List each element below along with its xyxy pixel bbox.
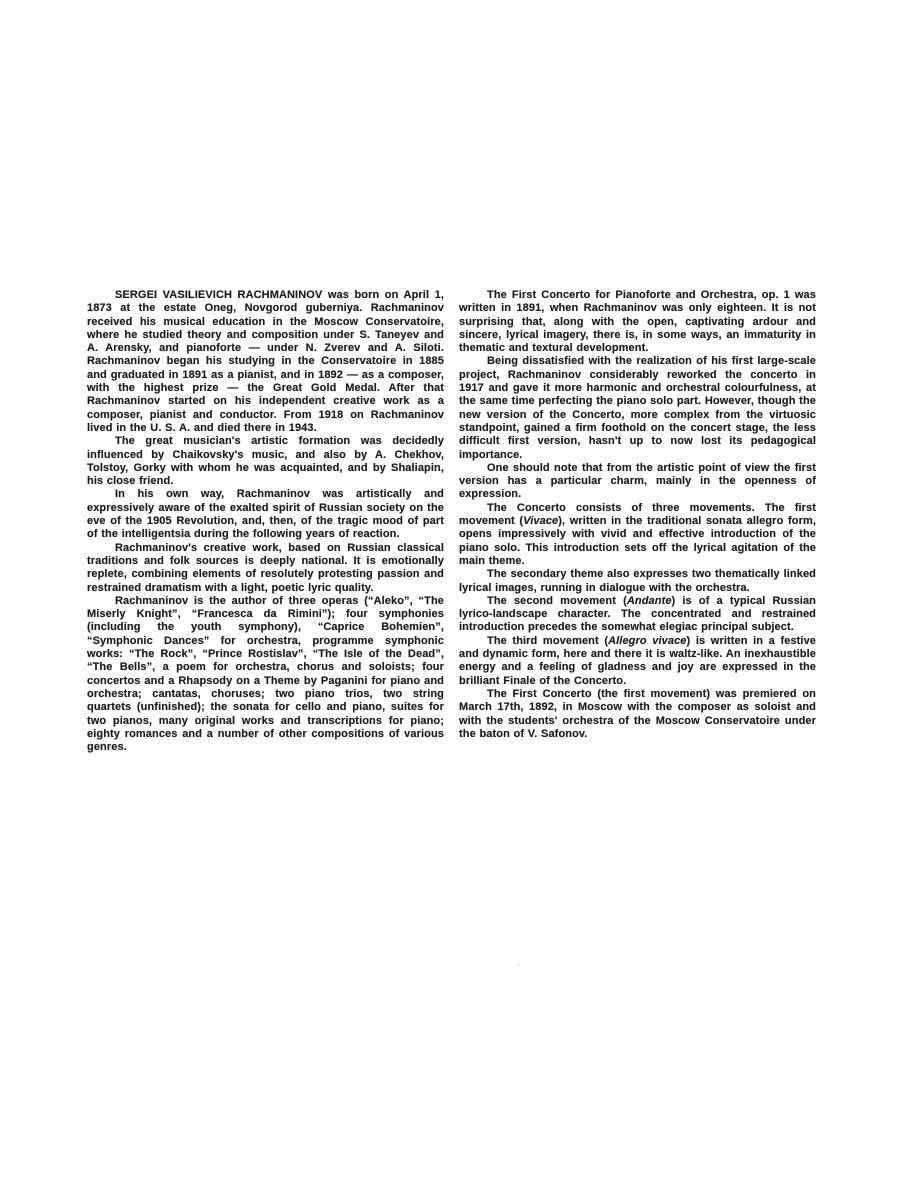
- paragraph: Rachmaninov is the author of three opera…: [87, 595, 444, 755]
- paragraph: The third movement (Allegro vivace) is w…: [459, 635, 816, 688]
- text-run: The First Concerto (the first movement) …: [459, 688, 816, 740]
- text-run: Being dissatisfied with the realization …: [459, 355, 816, 460]
- paragraph: One should note that from the artistic p…: [459, 462, 816, 502]
- text-run: One should note that from the artistic p…: [459, 462, 816, 501]
- paragraph: The First Concerto for Pianoforte and Or…: [459, 289, 816, 355]
- italic-text-run: Andante: [627, 595, 672, 607]
- paragraph: The Concerto consists of three movements…: [459, 502, 816, 568]
- text-run: In his own way, Rachmaninov was artistic…: [87, 488, 444, 540]
- scan-speck: [517, 963, 520, 966]
- paragraph: In his own way, Rachmaninov was artistic…: [87, 488, 444, 541]
- paragraph: Being dissatisfied with the realization …: [459, 355, 816, 461]
- italic-text-run: Allegro vivace: [608, 635, 686, 647]
- paragraph: The First Concerto (the first movement) …: [459, 688, 816, 741]
- italic-text-run: Vivace: [523, 515, 558, 527]
- text-run: The great musician's artistic formation …: [87, 435, 444, 487]
- text-run: SERGEI VASILIEVICH RACHMANINOV was born …: [87, 289, 444, 434]
- text-run: The secondary theme also expresses two t…: [459, 568, 816, 593]
- text-run: Rachmaninov is the author of three opera…: [87, 595, 444, 753]
- paragraph: Rachmaninov's creative work, based on Ru…: [87, 542, 444, 595]
- right-column: The First Concerto for Pianoforte and Or…: [459, 289, 816, 754]
- document-page: SERGEI VASILIEVICH RACHMANINOV was born …: [0, 0, 900, 1200]
- paragraph: The great musician's artistic formation …: [87, 435, 444, 488]
- article-columns: SERGEI VASILIEVICH RACHMANINOV was born …: [87, 289, 816, 754]
- paragraph: The second movement (Andante) is of a ty…: [459, 595, 816, 635]
- text-run: The third movement (: [487, 635, 608, 647]
- text-run: Rachmaninov's creative work, based on Ru…: [87, 542, 444, 594]
- paragraph: SERGEI VASILIEVICH RACHMANINOV was born …: [87, 289, 444, 435]
- left-column: SERGEI VASILIEVICH RACHMANINOV was born …: [87, 289, 444, 754]
- text-run: The First Concerto for Pianoforte and Or…: [459, 289, 816, 354]
- paragraph: The secondary theme also expresses two t…: [459, 568, 816, 595]
- text-run: The second movement (: [487, 595, 627, 607]
